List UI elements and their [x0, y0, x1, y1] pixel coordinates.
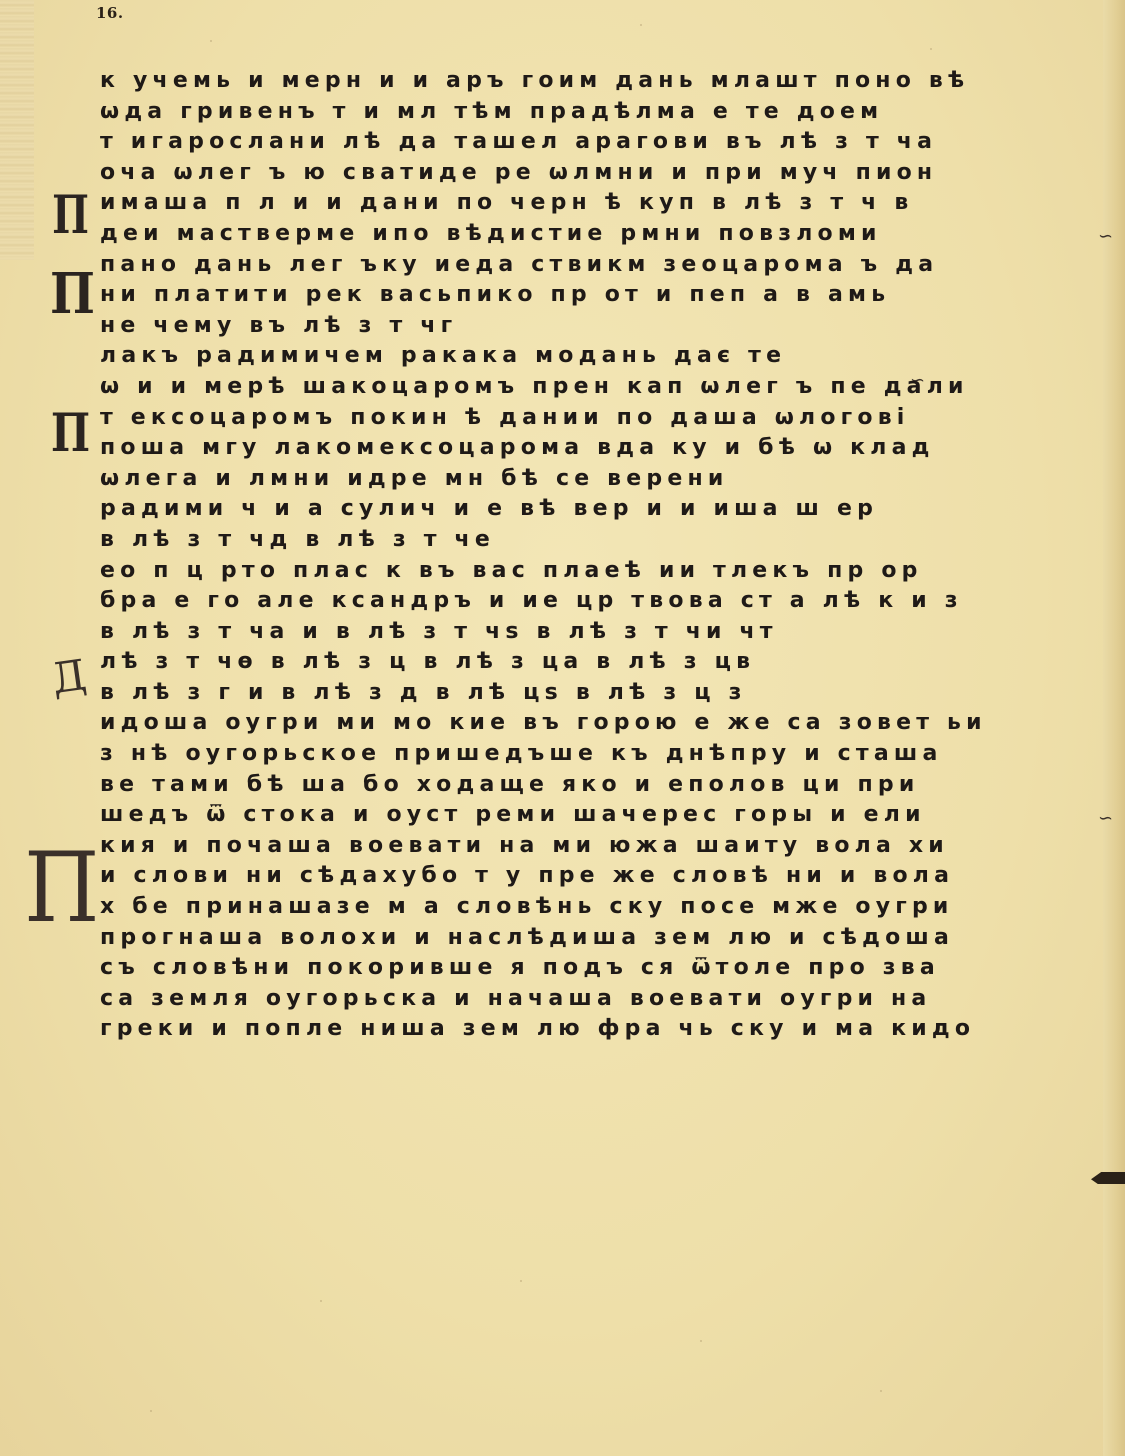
text-line: в лѣ з т ча и в лѣ з т чѕ в лѣ з т чи чт [100, 617, 1115, 648]
text-line: в лѣ з г и в лѣ з д в лѣ цѕ в лѣ з ц з [100, 678, 1115, 709]
text-line: и слови ни сѣдахубо т у пре же словѣ ни … [100, 861, 1115, 892]
text-line: съ словѣни покоривше я подъ ся ѿтоле про… [100, 953, 1115, 984]
text-line: оча ѡлег ъ ю сватиде ре ѡлмни и при муч … [100, 158, 1115, 189]
manuscript-text-block: к учемь и мерн и и аръ гоим дань млашт п… [100, 66, 1115, 1045]
text-line: деи мастверме ипо вѣдистие рмни повзломи [100, 219, 1115, 250]
text-line: ѡ и и мерѣ шакоцаромъ прен кап ѡлег ъ пе… [100, 372, 1115, 403]
text-line: идоша оугри ми мо кие въ горою е же са з… [100, 708, 1115, 739]
text-line: ни платити рек васьпико пр от и пеп а в … [100, 280, 1115, 311]
text-line: в лѣ з т чд в лѣ з т че [100, 525, 1115, 556]
initial-letter-3: П [51, 408, 90, 460]
text-line: са земля оугорьска и начаша воевати оугр… [100, 984, 1115, 1015]
initial-letter-5: П [24, 840, 99, 936]
text-line: т игарослани лѣ да ташел арагови въ лѣ з… [100, 127, 1115, 158]
text-line: шедъ ѿ стока и оуст реми шачерес горы и … [100, 800, 1115, 831]
text-line: ео п ц рто плас к въ вас плаеѣ ии тлекъ … [100, 556, 1115, 587]
paper-speck [320, 1300, 322, 1302]
text-line: ѡлега и лмни идре мн бѣ се верени [100, 464, 1115, 495]
initial-letter-4: Д [49, 654, 89, 700]
paper-speck [930, 48, 932, 50]
text-line: лѣ з т чѳ в лѣ з ц в лѣ з ца в лѣ з цв [100, 647, 1115, 678]
text-line: имаша п л и и дани по черн ѣ куп в лѣ з … [100, 188, 1115, 219]
text-line: прогнаша волохи и наслѣдиша зем лю и сѣд… [100, 923, 1115, 954]
text-line: ѡда гривенъ т и мл тѣм прадѣлма е те дое… [100, 97, 1115, 128]
paper-speck [210, 40, 212, 42]
initial-letter-1: П [52, 190, 89, 242]
page-edge-tab-mark [1091, 1172, 1125, 1184]
paper-speck [880, 1390, 882, 1392]
text-line: з нѣ оугорьское пришедъше къ днѣпру и ст… [100, 739, 1115, 770]
text-line: х бе принашазе м а словѣнь ску посе мже … [100, 892, 1115, 923]
text-line: бра е го але ксандръ и ие цр твова ст а … [100, 586, 1115, 617]
text-line: кия и почаша воевати на ми южа шаиту вол… [100, 831, 1115, 862]
manuscript-page: 16. П П П Д П ∽ ∽ ∽ к учемь и мерн и и а… [0, 0, 1125, 1456]
paper-speck [640, 24, 642, 26]
text-line: радими ч и а сулич и е вѣ вер и и иша ш … [100, 494, 1115, 525]
initial-letter-2: П [50, 266, 95, 322]
text-line: поша мгу лакомексоцарома вда ку и бѣ ѡ к… [100, 433, 1115, 464]
paper-speck [150, 1410, 152, 1412]
page-left-edge [0, 0, 34, 260]
text-line: т ексоцаромъ покин ѣ дании по даша ѡлого… [100, 403, 1115, 434]
paper-speck [520, 1280, 522, 1282]
text-line: не чему въ лѣ з т чг [100, 311, 1115, 342]
text-line: ве тами бѣ ша бо ходаще яко и еполов ци … [100, 770, 1115, 801]
text-line: к учемь и мерн и и аръ гоим дань млашт п… [100, 66, 1115, 97]
paper-speck [700, 1340, 702, 1342]
text-line: греки и попле ниша зем лю фра чь ску и м… [100, 1014, 1115, 1045]
text-line: пано дань лег ъку иеда ствикм зеоцарома … [100, 250, 1115, 281]
page-number: 16. [96, 4, 124, 22]
text-line: лакъ радимичем ракака модань дає те [100, 341, 1115, 372]
